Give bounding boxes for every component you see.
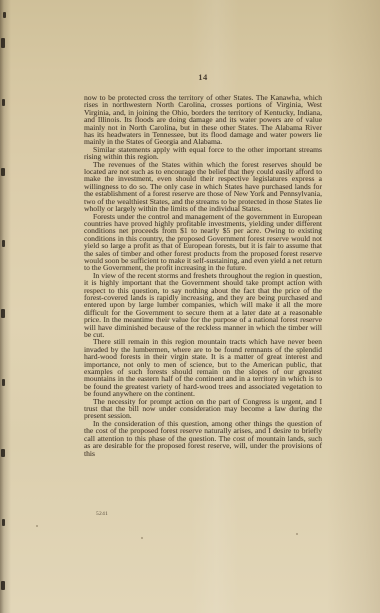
paragraph: Forests under the control and management… bbox=[84, 213, 322, 272]
scanned-document-page: 14 now to be protected cross the territo… bbox=[0, 0, 380, 613]
scan-artifact-mark bbox=[2, 379, 5, 386]
scan-artifact-mark bbox=[1, 581, 5, 590]
paragraph: In view of the recent storms and freshet… bbox=[84, 272, 322, 339]
paragraph: In the consideration of this question, a… bbox=[84, 420, 322, 457]
scan-artifact-mark bbox=[2, 99, 5, 106]
paper-speck bbox=[141, 537, 143, 539]
paragraph: Similar statements apply with equal forc… bbox=[84, 146, 322, 161]
scan-artifact-mark bbox=[1, 449, 5, 457]
paragraph: There still remain in this region mounta… bbox=[84, 338, 322, 397]
paragraph: now to be protected cross the territory … bbox=[84, 94, 322, 146]
paragraph: The necessity for prompt action on the p… bbox=[84, 398, 322, 420]
scan-artifact-mark bbox=[3, 12, 6, 18]
page-number: 14 bbox=[84, 72, 322, 82]
page-text-block: now to be protected cross the territory … bbox=[84, 94, 322, 457]
paper-speck bbox=[36, 525, 38, 527]
scan-artifact-mark bbox=[1, 38, 5, 48]
scan-artifact-mark bbox=[2, 519, 5, 526]
paper-speck bbox=[296, 533, 298, 535]
scan-artifact-mark bbox=[1, 309, 5, 318]
print-signature-number: 5241 bbox=[96, 511, 108, 517]
scan-artifact-mark bbox=[1, 168, 5, 176]
scan-artifact-mark bbox=[2, 240, 5, 247]
paragraph: The revenues of the States within which … bbox=[84, 161, 322, 213]
